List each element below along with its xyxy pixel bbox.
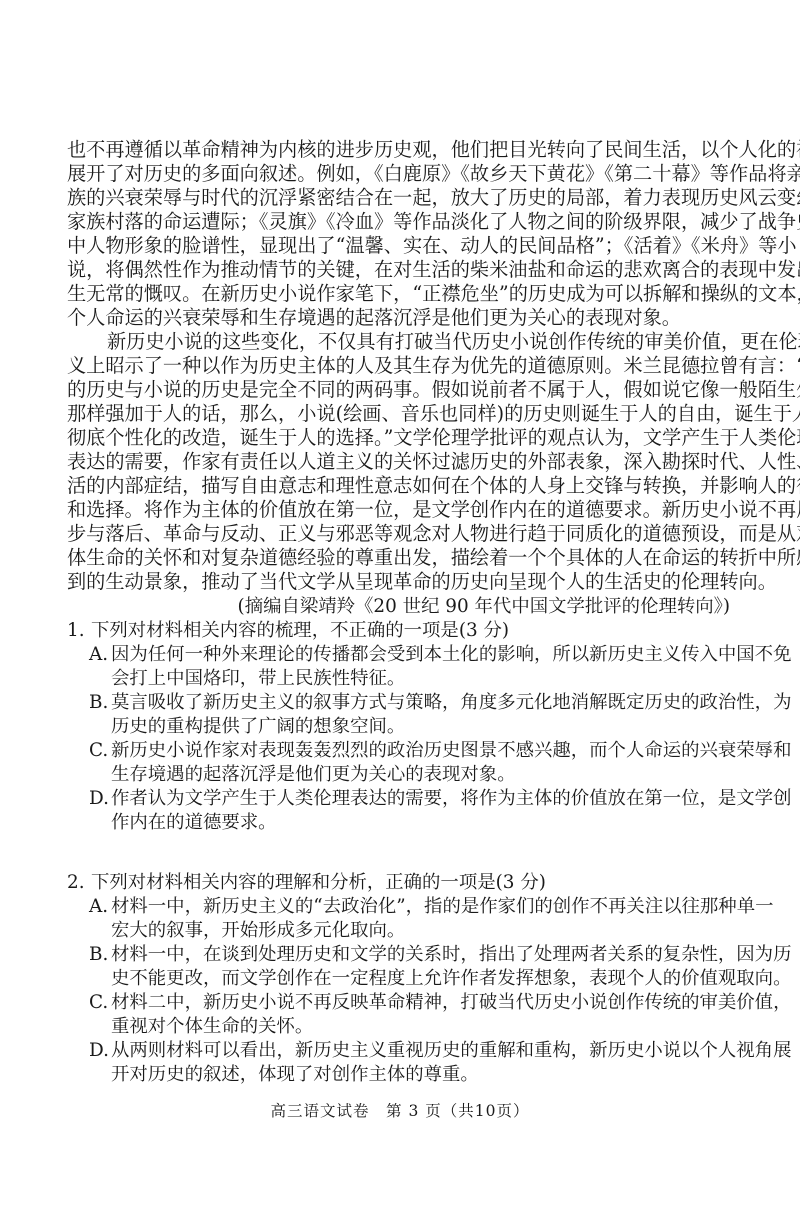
passage-line: 表达的需要，作家有责任以人道主义的关怀过滤历史的外部表象，深入勘探时代、人性、生 <box>67 450 729 474</box>
option-text: 材料一中，在谈到处理历史和文学的关系时，指出了处理两者关系的复杂性，因为历 <box>89 943 731 967</box>
passage-line: 彻底个性化的改造，诞生于人的选择。”文学伦理学批评的观点认为，文学产生于人类伦理 <box>67 426 729 450</box>
option-text: 历史的重构提供了广阔的想象空间。 <box>89 715 731 739</box>
question-2-option-c: C. 材料二中，新历史小说不再反映革命精神，打破当代历史小说创作传统的审美价值，… <box>89 991 731 1039</box>
question-text: 下列对材料相关内容的理解和分析，正确的一项是(3 分) <box>91 872 546 893</box>
passage-line: 到的生动景象，推动了当代文学从呈现革命的历史向呈现个人的生活史的伦理转向。 <box>67 570 729 594</box>
question-1-option-a: A. 因为任何一种外来理论的传播都会受到本土化的影响，所以新历史主义传入中国不免… <box>89 643 731 691</box>
passage-line: 的历史与小说的历史是完全不同的两码事。假如说前者不属于人，假如说它像一般陌生外力 <box>67 378 729 402</box>
option-text: 生存境遇的起落沉浮是他们更为关心的表现对象。 <box>89 763 731 787</box>
passage-line: 展开了对历史的多面向叙述。例如，《白鹿原》《故乡天下黄花》《第二十幕》等作品将亲 <box>67 162 729 186</box>
option-text: 会打上中国烙印，带上民族性特征。 <box>89 667 731 691</box>
question-number: 1. <box>67 619 91 643</box>
question-text: 下列对材料相关内容的梳理，不正确的一项是(3 分) <box>91 620 509 641</box>
option-letter: A. <box>89 895 111 919</box>
option-text: 作者认为文学产生于人类伦理表达的需要，将作为主体的价值放在第一位，是文学创 <box>89 787 731 811</box>
passage-line: 个人命运的兴衰荣辱和生存境遇的起落沉浮是他们更为关心的表现对象。 <box>67 306 729 330</box>
source-citation: (摘编自梁靖羚《20 世纪 90 年代中国文学批评的伦理转向》) <box>238 595 730 619</box>
passage-line: 生无常的慨叹。在新历史小说作家笔下，“正襟危坐”的历史成为可以拆解和操纵的文本， <box>67 282 729 306</box>
option-text: 从两则材料可以看出，新历史主义重视历史的重解和重构，新历史小说以个人视角展 <box>89 1039 731 1063</box>
passage-line: 和选择。将作为主体的价值放在第一位，是文学创作内在的道德要求。新历史小说不再用进 <box>67 498 729 522</box>
passage-line: 步与落后、革命与反动、正义与邪恶等观念对人物进行趋于同质化的道德预设，而是从对个 <box>67 522 729 546</box>
option-letter: D. <box>89 1039 111 1063</box>
option-letter: B. <box>89 691 111 715</box>
passage-line: 那样强加于人的话，那么，小说(绘画、音乐也同样)的历史则诞生于人的自由，诞生于人… <box>67 402 729 426</box>
option-text: 材料一中，新历史主义的“去政治化”，指的是作家们的创作不再关注以往那种单一 <box>89 895 731 919</box>
option-text: 重视对个体生命的关怀。 <box>89 1015 731 1039</box>
question-2-stem: 2.下列对材料相关内容的理解和分析，正确的一项是(3 分) <box>67 871 546 895</box>
page-footer: 高三语文试卷 第 3 页（共10页） <box>0 1100 800 1122</box>
question-2-option-d: D. 从两则材料可以看出，新历史主义重视历史的重解和重构，新历史小说以个人视角展… <box>89 1039 731 1087</box>
passage-line: 也不再遵循以革命精神为内核的进步历史观，他们把目光转向了民间生活，以个人化的视角 <box>67 138 729 162</box>
question-1-option-d: D. 作者认为文学产生于人类伦理表达的需要，将作为主体的价值放在第一位，是文学创… <box>89 787 731 835</box>
passage-line: 中人物形象的脸谱性，显现出了“温馨、实在、动人的民间品格”；《活着》《米舟》等小 <box>67 234 729 258</box>
passage-line: 说，将偶然性作为推动情节的关键，在对生活的柴米油盐和命运的悲欢离合的表现中发出人 <box>67 258 729 282</box>
option-text: 因为任何一种外来理论的传播都会受到本土化的影响，所以新历史主义传入中国不免 <box>89 643 731 667</box>
question-1-option-c: C. 新历史小说作家对表现轰轰烈烈的政治历史图景不感兴趣，而个人命运的兴衰荣辱和… <box>89 739 731 787</box>
passage-line: 新历史小说的这些变化，不仅具有打破当代历史小说创作传统的审美价值，更在伦理意 <box>107 330 729 354</box>
option-text: 莫言吸收了新历史主义的叙事方式与策略，角度多元化地消解既定历史的政治性，为 <box>89 691 731 715</box>
option-text: 开对历史的叙述，体现了对创作主体的尊重。 <box>89 1063 731 1087</box>
option-letter: D. <box>89 787 111 811</box>
exam-page: 也不再遵循以革命精神为内核的进步历史观，他们把目光转向了民间生活，以个人化的视角… <box>0 0 800 1224</box>
question-number: 2. <box>67 871 91 895</box>
option-text: 史不能更改，而文学创作在一定程度上允许作者发挥想象，表现个人的价值观取向。 <box>89 967 731 991</box>
option-letter: A. <box>89 643 111 667</box>
question-2-option-b: B. 材料一中，在谈到处理历史和文学的关系时，指出了处理两者关系的复杂性，因为历… <box>89 943 731 991</box>
option-text: 材料二中，新历史小说不再反映革命精神，打破当代历史小说创作传统的审美价值， <box>89 991 731 1015</box>
option-text: 新历史小说作家对表现轰轰烈烈的政治历史图景不感兴趣，而个人命运的兴衰荣辱和 <box>89 739 731 763</box>
option-letter: C. <box>89 991 111 1015</box>
passage-line: 家族村落的命运遭际；《灵旗》《冷血》等作品淡化了人物之间的阶级界限，减少了战争史 <box>67 210 729 234</box>
question-2-option-a: A. 材料一中，新历史主义的“去政治化”，指的是作家们的创作不再关注以往那种单一… <box>89 895 731 943</box>
option-letter: C. <box>89 739 111 763</box>
passage-line: 族的兴衰荣辱与时代的沉浮紧密结合在一起，放大了历史的局部，着力表现历史风云变幻下 <box>67 186 729 210</box>
question-1-option-b: B. 莫言吸收了新历史主义的叙事方式与策略，角度多元化地消解既定历史的政治性，为… <box>89 691 731 739</box>
question-1-stem: 1.下列对材料相关内容的梳理，不正确的一项是(3 分) <box>67 619 509 643</box>
option-letter: B. <box>89 943 111 967</box>
option-text: 作内在的道德要求。 <box>89 811 731 835</box>
option-text: 宏大的叙事，开始形成多元化取向。 <box>89 919 731 943</box>
passage-line: 义上昭示了一种以作为历史主体的人及其生存为优先的道德原则。米兰昆德拉曾有言：“人… <box>67 354 729 378</box>
passage-line: 活的内部症结，描写自由意志和理性意志如何在个体的人身上交锋与转换，并影响人的行动 <box>67 474 729 498</box>
passage-line: 体生命的关怀和对复杂道德经验的尊重出发，描绘着一个个具体的人在命运的转折中所感受 <box>67 546 729 570</box>
